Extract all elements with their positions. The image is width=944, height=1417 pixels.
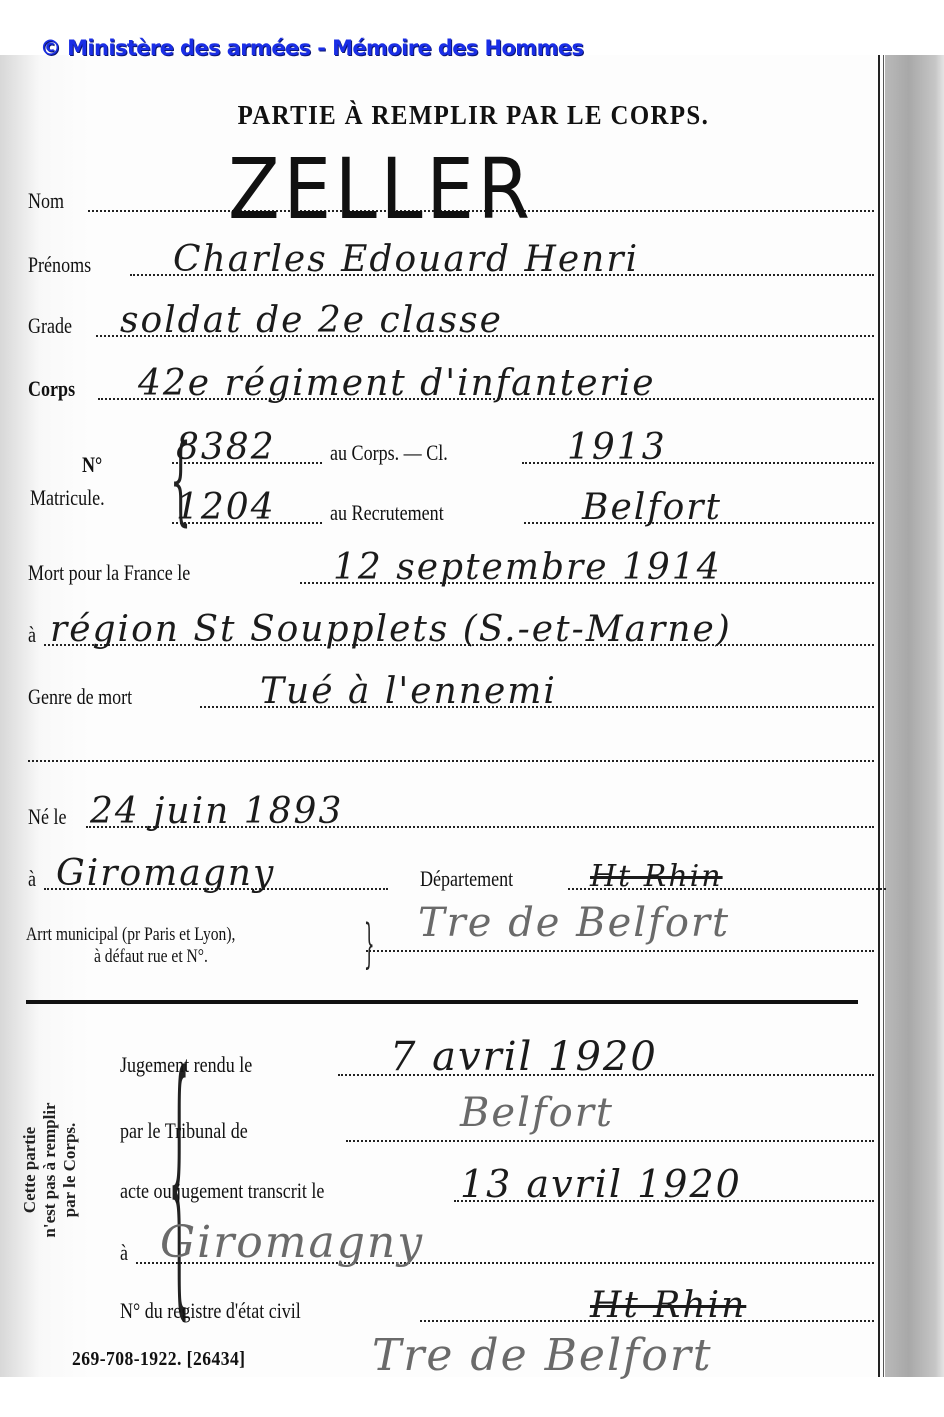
dotted-line [172, 522, 322, 524]
genre-mort-label: Genre de mort [28, 684, 132, 710]
field-tribunal: par le Tribunal de Belfort [120, 1110, 874, 1150]
ne-a-value: Giromagny [56, 853, 275, 894]
scan-edge-shadow [885, 55, 944, 1377]
field-departement: Département Ht Rhin [420, 858, 874, 898]
field-ne-a: à Giromagny [28, 858, 388, 898]
section-divider [26, 1000, 858, 1004]
field-transcrit: acte ou jugement transcrit le 13 avril 1… [120, 1170, 874, 1210]
departement-label: Département [420, 866, 513, 892]
blank-line [28, 730, 874, 770]
prenoms-label: Prénoms [28, 252, 91, 278]
departement-value: Tre de Belfort [418, 900, 730, 946]
field-matricule-recrutement: 1204 au Recrutement Belfort [172, 492, 874, 532]
au-corps-classe-label: au Corps. — Cl. [330, 440, 448, 466]
jugement-label: Jugement rendu le [120, 1052, 252, 1078]
classe-value: 1913 [567, 427, 667, 468]
mort-lieu-value: région St Soupplets (S.-et-Marne) [50, 609, 732, 650]
form-reference-code: 269-708-1922. [26434] [72, 1348, 245, 1371]
field-transcrit-lieu: à Giromagny [120, 1232, 874, 1272]
grade-value: soldat de 2e classe [120, 300, 503, 341]
nom-value: ZELLER [228, 140, 534, 238]
arrondissement-sublabel: à défaut rue et N°. [94, 946, 208, 968]
dotted-line [28, 760, 874, 762]
transcrit-lieu-value: Giromagny [160, 1217, 424, 1268]
corps-label: Corps [28, 376, 75, 402]
transcrit-value: 13 avril 1920 [460, 1162, 742, 1206]
dotted-line [172, 462, 322, 464]
field-ne-le: Né le 24 juin 1893 [28, 796, 874, 836]
tribunal-label: par le Tribunal de [120, 1118, 248, 1144]
registre-label: N° du registre d'état civil [120, 1298, 301, 1324]
arrondissement-brace: } [364, 918, 375, 971]
arrondissement-label: Arrt municipal (pr Paris et Lyon), [26, 924, 235, 946]
tribunal-value: Belfort [460, 1090, 614, 1136]
matricule-label-no: N° [82, 452, 102, 478]
mort-date-label: Mort pour la France le [28, 560, 190, 586]
dotted-line [366, 950, 874, 952]
genre-mort-value: Tué à l'ennemi [260, 671, 557, 712]
matricule-label: Matricule. [30, 485, 105, 511]
corps-value: 42e régiment d'infanterie [138, 363, 656, 404]
field-genre-mort: Genre de mort Tué à l'ennemi [28, 676, 874, 716]
ne-le-label: Né le [28, 804, 67, 830]
transcrit-lieu-label: à [120, 1240, 128, 1266]
nom-label: Nom [28, 188, 64, 214]
recrutement-value: Belfort [582, 487, 722, 528]
dotted-line [346, 1140, 874, 1142]
grade-label: Grade [28, 313, 72, 339]
registre-value-struck: Ht Rhin [590, 1285, 746, 1326]
mort-lieu-label: à [28, 622, 36, 648]
margin-rule [878, 55, 880, 1377]
jugement-value: 7 avril 1920 [390, 1034, 658, 1080]
field-corps: Corps 42e régiment d'infanterie [28, 368, 874, 408]
departement-value-struck: Ht Rhin [590, 859, 723, 894]
field-matricule-corps: 8382 au Corps. — Cl. 1913 [172, 432, 874, 472]
field-mort-lieu: à région St Soupplets (S.-et-Marne) [28, 614, 874, 654]
prenoms-value: Charles Edouard Henri [173, 239, 639, 280]
ne-le-value: 24 juin 1893 [90, 791, 343, 832]
form-title: PARTIE À REMPLIR PAR LE CORPS. [39, 100, 907, 131]
field-grade: Grade soldat de 2e classe [28, 305, 874, 345]
field-jugement: Jugement rendu le 7 avril 1920 [120, 1044, 874, 1084]
ne-a-label: à [28, 866, 36, 892]
margin-rule-inner [883, 55, 884, 1377]
civil-section-note: Cette partie n'est pas à remplir par le … [20, 1040, 80, 1300]
transcrit-label: acte ou jugement transcrit le [120, 1178, 324, 1204]
registre-value: Tre de Belfort [372, 1330, 713, 1381]
field-registre: N° du registre d'état civil Ht Rhin [120, 1290, 874, 1330]
mort-date-value: 12 septembre 1914 [333, 547, 722, 588]
copyright-watermark: © Ministère des armées - Mémoire des Hom… [40, 36, 583, 60]
au-recrutement-label: au Recrutement [330, 500, 444, 526]
field-prenoms: Prénoms Charles Edouard Henri [28, 244, 874, 284]
field-mort-date: Mort pour la France le 12 septembre 1914 [28, 552, 874, 592]
